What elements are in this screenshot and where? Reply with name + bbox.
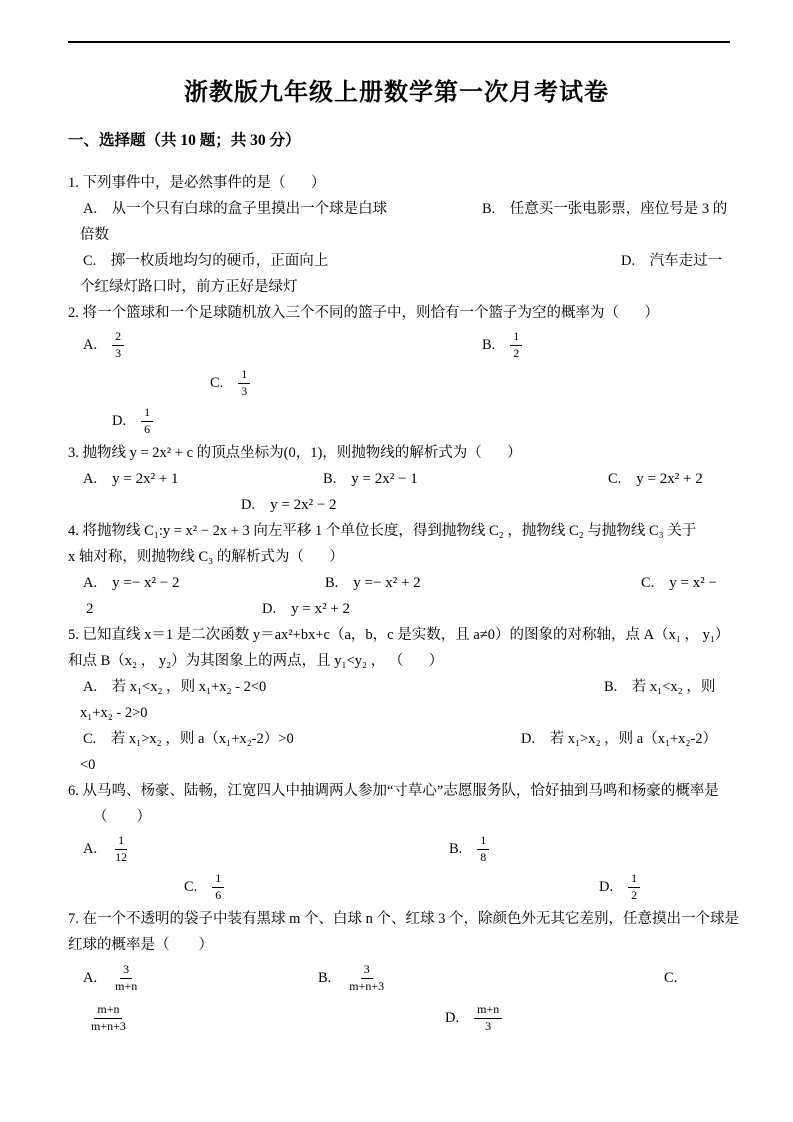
q4-option-c: C. y = x² −	[641, 570, 717, 596]
fraction-numerator: 2	[112, 329, 124, 346]
questions-area: 1. 下列事件中，是必然事件的是（ ） A. 从一个只有白球的盒子里摸出一个球是…	[68, 170, 758, 1038]
q2-stem: 2. 将一个篮球和一个足球随机放入三个不同的篮子中，则恰有一个篮子为空的概率为（…	[68, 300, 758, 326]
q5-option-b: B. 若 x₁<x₂ ，则	[604, 674, 715, 700]
fraction-denominator: 6	[212, 888, 224, 904]
q3-option-b-equation: y = 2x² − 1	[351, 466, 417, 492]
section-header: 一、选择题（共 10 题；共 30 分）	[68, 128, 301, 150]
q1-option-a: A. 从一个只有白球的盒子里摸出一个球是白球	[83, 196, 387, 222]
q2-options-row1: A. 2 3 B. 1 2	[68, 326, 758, 364]
fraction-denominator: 3	[112, 346, 124, 362]
q1-option-d-continuation: 个红绿灯路口时，前方正好是绿灯	[80, 274, 298, 300]
q7-option-b: B. 3 m+n+3	[318, 958, 387, 998]
q4-option-c-equation: y = x² −	[669, 570, 717, 596]
q7-option-a: A. 3 m+n	[83, 958, 140, 998]
q3-options-row2: D. y = 2x² − 2	[68, 492, 758, 518]
q7-option-d-fraction: m+n 3	[474, 1002, 502, 1034]
q6-option-b: B. 1 8	[449, 830, 489, 868]
q2-option-b-fraction: 1 2	[510, 329, 522, 361]
q7-option-d-label: D.	[445, 1010, 459, 1027]
q6-option-a-label: A.	[83, 841, 97, 858]
q4-option-d-equation: y = x² + 2	[291, 596, 350, 622]
q2-option-b: B. 1 2	[482, 326, 522, 364]
q5-option-b-continuation: x₁+x₂ - 2>0	[80, 700, 148, 726]
fraction-numerator: 1	[238, 367, 250, 384]
q5-options-row2: C. 若 x₁>x₂ ，则 a（x₁+x₂-2）>0 D. 若 x₁>x₂ ，则…	[68, 726, 758, 752]
q2-option-c: C. 1 3	[210, 364, 250, 402]
q5-stem-line1: 5. 已知直线 x＝1 是二次函数 y＝ax²+bx+c（a，b，c 是实数，且…	[68, 622, 758, 648]
q1-option-d: D. 汽车走过一	[621, 248, 722, 274]
q4-option-c-continuation: 2	[86, 596, 94, 622]
q2-option-d: D. 1 6	[112, 402, 153, 440]
q5-stem-line2: 和点 B（x₂ ， y₂）为其图象上的两点，且 y₁<y₂ ， （ ）	[68, 648, 758, 674]
q4-option-d-label: D.	[262, 596, 276, 622]
q3-option-a-label: A.	[83, 466, 97, 492]
fraction-denominator: 8	[477, 850, 489, 866]
q6-option-d-fraction: 1 2	[628, 871, 640, 903]
q5-options-row1: A. 若 x₁<x₂ ，则 x₁+x₂ - 2<0 B. 若 x₁<x₂ ，则	[68, 674, 758, 700]
q4-stem-line1: 4. 将抛物线 C₁:y = x² − 2x + 3 向左平移 1 个单位长度，…	[68, 518, 758, 544]
fraction-denominator: 3	[238, 384, 250, 400]
q2-option-c-fraction: 1 3	[238, 367, 250, 399]
q7-stem-line1: 7. 在一个不透明的袋子中装有黑球 m 个、白球 n 个、红球 3 个，除颜色外…	[68, 906, 758, 932]
q7-options-row1: A. 3 m+n B. 3 m+n+3 C.	[68, 958, 758, 998]
fraction-numerator: 3	[361, 962, 373, 979]
q2-option-a-label: A.	[83, 337, 97, 354]
q5-option-a: A. 若 x₁<x₂ ，则 x₁+x₂ - 2<0	[83, 674, 266, 700]
fraction-numerator: 1	[510, 329, 522, 346]
top-rule-divider	[68, 41, 730, 43]
q6-options-row1: A. 1 12 B. 1 8	[68, 830, 758, 868]
q2-option-d-fraction: 1 6	[141, 405, 153, 437]
page-title: 浙教版九年级上册数学第一次月考试卷	[0, 72, 793, 107]
q7-option-c-label-holder: C.	[664, 958, 677, 998]
fraction-numerator: m+n	[94, 1002, 122, 1019]
fraction-numerator: 1	[628, 871, 640, 888]
q4-option-b: B. y =− x² + 2	[325, 570, 421, 596]
q4-stem-line2: x 轴对称，则抛物线 C₃ 的解析式为（ ）	[68, 544, 758, 570]
q6-options-row2: C. 1 6 D. 1 2	[68, 868, 758, 906]
q1-options-row2: C. 掷一枚质地均匀的硬币，正面向上 D. 汽车走过一	[68, 248, 758, 274]
q3-stem: 3. 抛物线 y = 2x² + c 的顶点坐标为(0，1)，则抛物线的解析式为…	[68, 440, 758, 466]
q2-option-b-label: B.	[482, 337, 495, 354]
q6-option-b-label: B.	[449, 841, 462, 858]
q2-option-a-fraction: 2 3	[112, 329, 124, 361]
q7-stem-line2: 红球的概率是（ ）	[68, 932, 758, 958]
fraction-denominator: m+n+3	[346, 979, 387, 995]
fraction-numerator: 1	[212, 871, 224, 888]
q6-option-c-fraction: 1 6	[212, 871, 224, 903]
fraction-denominator: 2	[510, 346, 522, 362]
fraction-denominator: 3	[482, 1019, 494, 1035]
fraction-numerator: m+n	[474, 1002, 502, 1019]
q6-option-d: D. 1 2	[599, 868, 640, 906]
q2-option-a: A. 2 3	[83, 326, 124, 364]
exam-paper-page: 浙教版九年级上册数学第一次月考试卷 一、选择题（共 10 题；共 30 分） 1…	[0, 0, 793, 1122]
q6-stem-line2: （ ）	[93, 804, 151, 830]
q4-option-c-label: C.	[641, 570, 654, 596]
q6-stem-line1: 6. 从马鸣、杨豪、陆畅，江宽四人中抽调两人参加“寸草心”志愿服务队，恰好抽到马…	[68, 778, 758, 804]
q3-option-d: D. y = 2x² − 2	[241, 492, 337, 518]
q6-option-a-fraction: 1 12	[112, 833, 130, 865]
q3-option-c-label: C.	[608, 466, 621, 492]
q5-option-d-continuation-row: <0	[68, 752, 758, 778]
q5-option-b-continuation-row: x₁+x₂ - 2>0	[68, 700, 758, 726]
q3-option-a: A. y = 2x² + 1	[83, 466, 179, 492]
q7-option-a-label: A.	[83, 970, 97, 987]
fraction-denominator: m+n+3	[88, 1019, 129, 1035]
q2-option-d-label: D.	[112, 413, 126, 430]
q7-options-row2: m+n m+n+3 D. m+n 3	[68, 998, 758, 1038]
q4-option-b-equation: y =− x² + 2	[353, 570, 420, 596]
q3-option-b: B. y = 2x² − 1	[323, 466, 418, 492]
q6-option-d-label: D.	[599, 879, 613, 896]
fraction-denominator: 6	[141, 422, 153, 438]
q3-options-row1: A. y = 2x² + 1 B. y = 2x² − 1 C. y = 2x²…	[68, 466, 758, 492]
q6-option-c: C. 1 6	[184, 868, 224, 906]
q3-option-c-equation: y = 2x² + 2	[636, 466, 702, 492]
q3-option-d-label: D.	[241, 492, 255, 518]
q1-option-b-continuation-row: 倍数	[68, 222, 758, 248]
q7-option-c-fraction-holder: m+n m+n+3	[88, 998, 129, 1038]
q7-option-b-fraction: 3 m+n+3	[346, 962, 387, 994]
q7-option-d: D. m+n 3	[445, 998, 502, 1038]
q6-option-c-label: C.	[184, 879, 197, 896]
q2-options-row2: C. 1 3	[68, 364, 758, 402]
fraction-denominator: 2	[628, 888, 640, 904]
fraction-numerator: 1	[477, 833, 489, 850]
fraction-numerator: 3	[120, 962, 132, 979]
q7-option-c-fraction: m+n m+n+3	[88, 1002, 129, 1034]
q1-option-b: B. 任意买一张电影票，座位号是 3 的	[482, 196, 727, 222]
q4-option-a-label: A.	[83, 570, 97, 596]
q3-option-d-equation: y = 2x² − 2	[270, 492, 336, 518]
q7-option-b-label: B.	[318, 970, 331, 987]
q3-option-b-label: B.	[323, 466, 336, 492]
fraction-numerator: 1	[115, 833, 127, 850]
q4-option-d: D. y = x² + 2	[262, 596, 350, 622]
q6-stem-line2-row: （ ）	[68, 804, 758, 830]
q2-option-c-label: C.	[210, 375, 223, 392]
q6-option-a: A. 1 12	[83, 830, 130, 868]
q1-option-b-continuation: 倍数	[80, 222, 109, 248]
q1-stem: 1. 下列事件中，是必然事件的是（ ）	[68, 170, 758, 196]
q4-option-b-label: B.	[325, 570, 338, 596]
q5-option-c: C. 若 x₁>x₂ ，则 a（x₁+x₂-2）>0	[83, 726, 294, 752]
q5-option-d-continuation: <0	[80, 752, 95, 778]
q7-option-c-label: C.	[664, 970, 677, 987]
q6-option-b-fraction: 1 8	[477, 833, 489, 865]
q1-option-d-continuation-row: 个红绿灯路口时，前方正好是绿灯	[68, 274, 758, 300]
q4-option-a: A. y =− x² − 2	[83, 570, 180, 596]
q1-option-c: C. 掷一枚质地均匀的硬币，正面向上	[83, 248, 328, 274]
q2-options-row3: D. 1 6	[68, 402, 758, 440]
fraction-numerator: 1	[141, 405, 153, 422]
fraction-denominator: 12	[112, 850, 130, 866]
q1-options-row1: A. 从一个只有白球的盒子里摸出一个球是白球 B. 任意买一张电影票，座位号是 …	[68, 196, 758, 222]
q5-option-d: D. 若 x₁>x₂ ，则 a（x₁+x₂-2）	[521, 726, 717, 752]
q7-option-a-fraction: 3 m+n	[112, 962, 140, 994]
q3-option-a-equation: y = 2x² + 1	[112, 466, 178, 492]
fraction-denominator: m+n	[112, 979, 140, 995]
q4-options-row2: 2 D. y = x² + 2	[68, 596, 758, 622]
q4-option-a-equation: y =− x² − 2	[112, 570, 179, 596]
q3-option-c: C. y = 2x² + 2	[608, 466, 703, 492]
q4-options-row1: A. y =− x² − 2 B. y =− x² + 2 C. y = x² …	[68, 570, 758, 596]
